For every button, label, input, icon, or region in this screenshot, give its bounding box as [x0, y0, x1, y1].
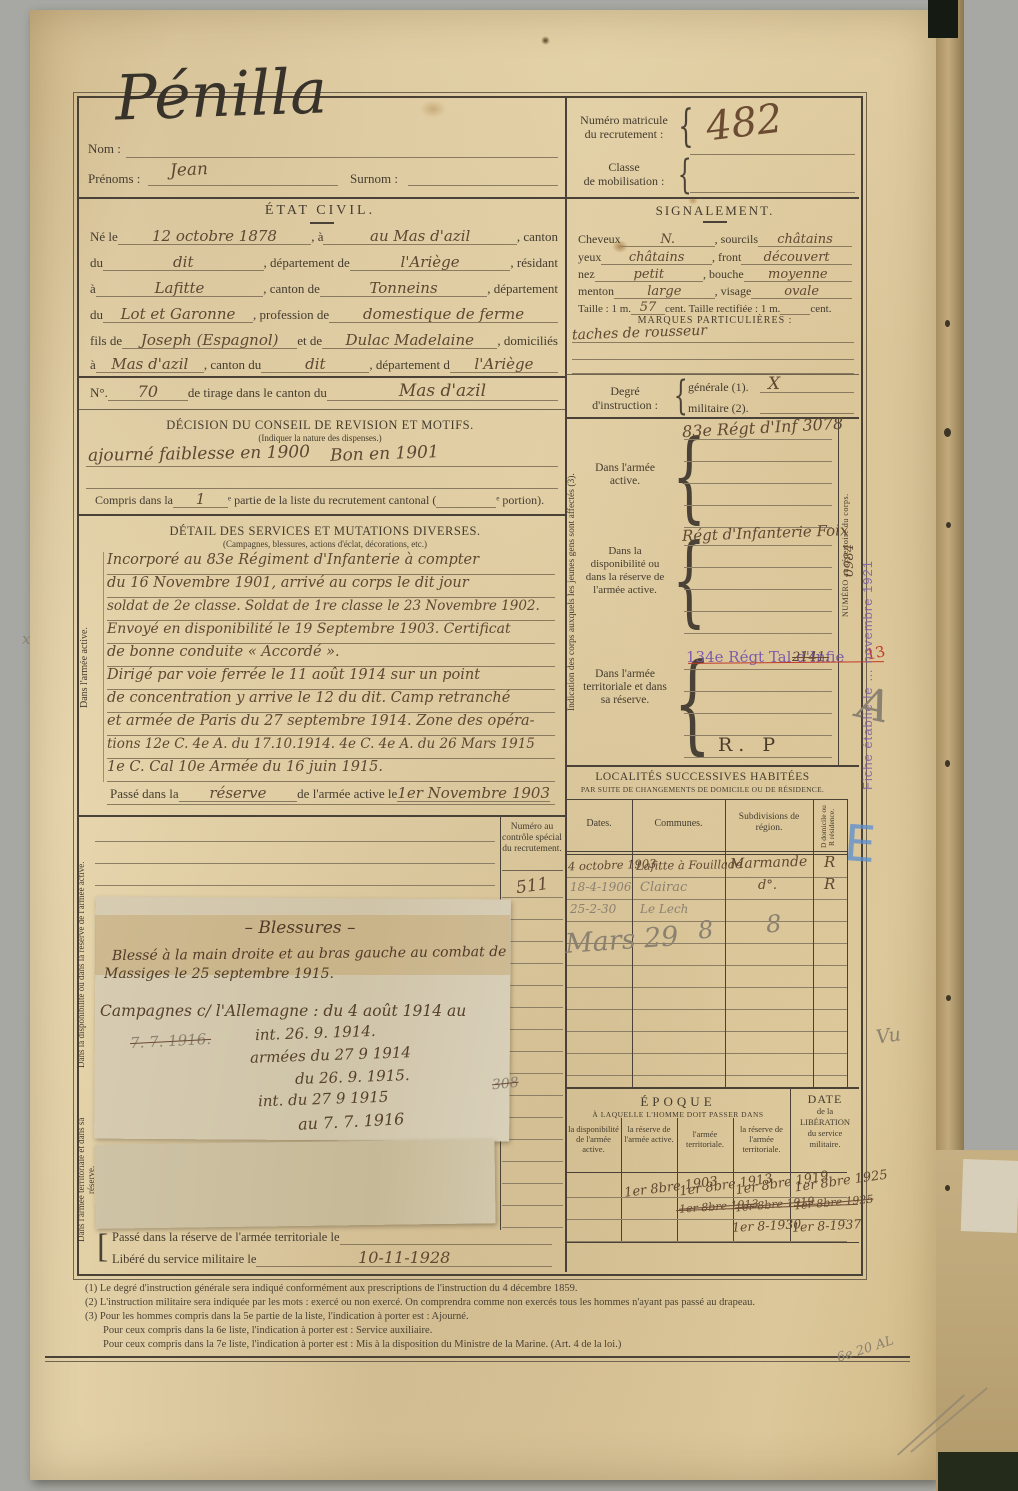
corps-dispo-number: 0984 — [842, 525, 856, 595]
decision-line-1 — [86, 450, 558, 467]
controle-header: Numéro au contrôle spécial du recrutemen… — [502, 822, 562, 855]
vu-mark: Vu — [875, 1023, 903, 1048]
services-line: tions 12e C. 4e A. du 17.10.1914. 4e C. … — [107, 736, 555, 759]
etat-line-5: fils de Joseph (Espagnol) et de Dulac Ma… — [90, 333, 558, 349]
section-rule — [79, 376, 565, 378]
header-rule — [79, 197, 859, 199]
footnote-4: Pour ceux compris dans la 6e liste, l'in… — [103, 1324, 875, 1337]
etat-line-1: Né le 12 octobre 1878 , à au Mas d'azil … — [90, 229, 558, 245]
section-rule — [79, 409, 565, 410]
passe-reserve-line: Passé dans la réserve de l'armée active … — [110, 786, 550, 802]
register-photo: Pénilla Nom : Prénoms : Jean Surnom : Nu… — [0, 0, 1018, 1491]
etat-line-6: à Mas d'azil , canton du dit , départeme… — [90, 357, 558, 373]
services-line: et armée de Paris du 27 septembre 1914. … — [107, 713, 555, 736]
loc-header-dr: D domicile ou R résidence. — [820, 804, 840, 850]
localites-subtitle: PAR SUITE DE CHANGEMENTS DE DOMICILE OU … — [570, 785, 835, 794]
name-script: Pénilla — [114, 54, 328, 134]
services-line: de concentration y arrive le 12 du dit. … — [107, 690, 555, 713]
title-dash — [703, 221, 727, 223]
footnote-2: (2) L'instruction militaire sera indiqué… — [85, 1296, 857, 1309]
loc-header-communes: Communes. — [633, 818, 724, 829]
corps-terr-label: Dans l'armée territoriale et dans sa rés… — [582, 668, 668, 707]
section-rule — [566, 765, 859, 767]
decision-subtitle: (Indiquer la nature des dispenses.) — [100, 433, 540, 443]
loc-r1-commune: Lafitte à Fouillade — [636, 857, 742, 873]
blank-slip — [94, 1139, 495, 1229]
loc-r2-subdiv: d°. — [758, 878, 777, 893]
stitch-hole — [945, 1185, 950, 1191]
services-line: Dirigé par voie ferrée le 11 août 1914 s… — [107, 667, 555, 690]
decision-line-2 — [86, 472, 558, 489]
etat-line-2: du dit , département de l'Ariège , résid… — [90, 255, 558, 271]
struck-308: 308 — [491, 1075, 519, 1094]
epoque-date-header: DATE de la LIBÉRATION du service militai… — [792, 1094, 858, 1150]
loc-r2-date: 18-4-1906 — [570, 880, 632, 894]
signalement-title: SIGNALEMENT. — [600, 203, 830, 219]
services-line: de bonne conduite « Accordé ». — [107, 644, 555, 667]
stitch-hole — [946, 522, 951, 528]
footnote-5: Pour ceux compris dans la 7e liste, l'in… — [103, 1338, 875, 1351]
services-line: Incorporé au 83e Régiment d'Infanterie à… — [107, 552, 555, 575]
matricule-label: Numéro matricule du recrutement : — [578, 113, 670, 141]
decision-title: DÉCISION DU CONSEIL DE REVISION ET MOTIF… — [100, 418, 540, 433]
loc-r2-dr: R — [824, 875, 835, 893]
libere-line: Libéré du service militaire le 10-11-192… — [112, 1250, 552, 1267]
tirage-line: N°. 70 de tirage dans le canton du Mas d… — [90, 383, 558, 401]
degre-brace: { — [674, 376, 688, 416]
compris-line: Compris dans la 1 ᵉ partie de la liste d… — [95, 492, 555, 508]
classe-label: Classe de mobilisation : — [578, 160, 670, 188]
nom-label: Nom : — [88, 141, 121, 157]
matricule-line — [690, 138, 855, 155]
epoque-col2-header: la réserve de l'armée active. — [622, 1124, 676, 1144]
blessures-title: – Blessures – — [180, 918, 420, 938]
epoque-subtitle: À LAQUELLE L'HOMME DOIT PASSER DANS — [566, 1110, 790, 1119]
services-line: du 16 Novembre 1901, arrivé au corps le … — [107, 575, 555, 598]
sig-row-2: yeux châtains , front découvert — [578, 250, 852, 265]
surnom-label: Surnom : — [350, 171, 398, 187]
libere-value: 10-11-1928 — [256, 1250, 552, 1267]
degre-militaire-label: militaire (2). — [688, 401, 749, 416]
bottom-bracket: [ — [97, 1228, 108, 1266]
services-text: Incorporé au 83e Régiment d'Infanterie à… — [107, 552, 555, 805]
blessures-line-2: Massiges le 25 septembre 1915. — [104, 966, 334, 982]
stitch-hole — [945, 320, 950, 327]
services-title: DÉTAIL DES SERVICES ET MUTATIONS DIVERSE… — [110, 524, 540, 539]
footnote-3: (3) Pour les hommes compris dans la 5e p… — [85, 1310, 857, 1323]
degre-generale-label: générale (1). — [688, 380, 749, 395]
loc-pencil-8a: 8 — [697, 915, 715, 944]
loc-r2-commune: Clairac — [640, 880, 687, 895]
prenoms-label: Prénoms : — [88, 171, 140, 187]
margin-rule — [103, 552, 104, 782]
loc-r3-commune: Le Lech — [640, 902, 688, 916]
paper-tab — [961, 1159, 1018, 1233]
sig-row-3: nez petit , bouche moyenne — [578, 267, 852, 282]
etat-line-4: du Lot et Garonne , profession de domest… — [90, 307, 558, 323]
etat-line-3: à Lafitte , canton de Tonneins , départe… — [90, 281, 558, 297]
footnote-1: (1) Le degré d'instruction générale sera… — [85, 1282, 857, 1295]
epoque-title: ÉPOQUE — [566, 1094, 790, 1110]
section-rule — [79, 815, 565, 817]
passe-territoriale-line: Passé dans la réserve de l'armée territo… — [112, 1230, 552, 1245]
sig-rule — [566, 374, 859, 375]
services-line: soldat de 2e classe. Soldat de 1re class… — [107, 598, 555, 621]
fiche-stamp: Fiche établie le … novembre 1921 — [860, 505, 878, 845]
register-cover-corner-bottom — [938, 1452, 1018, 1491]
sig-taille-row: Taille : 1 m. 57 cent. Taille rectifiée … — [578, 301, 852, 315]
margin-label-armee-active: Dans l'armée active. — [79, 560, 95, 775]
controle-header-rule — [502, 870, 563, 871]
nom-line — [126, 141, 558, 158]
services-line: 1e C. Cal 10e Armée du 16 juin 1915. — [107, 759, 555, 782]
pencil-x-mark: x — [22, 630, 30, 648]
sig-row-4: menton large , visage ovale — [578, 284, 852, 299]
loc-header-dates: Dates. — [567, 818, 631, 829]
services-subtitle: (Campagnes, blessures, actions d'éclat, … — [110, 539, 540, 549]
etat-civil-title: ÉTAT CIVIL. — [180, 203, 460, 219]
loc-r1-subdiv: Marmande — [730, 854, 808, 873]
epoque-col3-header: l'armée territoriale. — [678, 1129, 732, 1149]
corps-dispo-label: Dans la disponibilité ou dans la réserve… — [582, 545, 668, 597]
stitch-hole — [946, 995, 951, 1001]
epoque-col4-header: la réserve de l'armée territoriale. — [734, 1124, 789, 1154]
corps-rp-mark: R. P — [718, 734, 781, 756]
prenoms-line — [148, 169, 338, 186]
classe-line — [690, 176, 855, 193]
loc-r3-date: 25-2-30 — [570, 902, 616, 916]
birthdate-value: 12 octobre 1878 — [118, 229, 311, 245]
bottom-double-rule — [45, 1356, 910, 1358]
controle-ruled-lines — [502, 876, 563, 1228]
sig-row-1: Cheveux N. , sourcils châtains — [578, 232, 852, 247]
blue-crayon-mark: E — [842, 814, 878, 874]
loc-pencil-8b: 8 — [765, 910, 782, 939]
tirage-number: 70 — [108, 384, 188, 401]
compris-value: 1 — [173, 492, 228, 508]
tirage-canton: Mas d'azil — [327, 383, 558, 401]
register-cover-corner-top — [928, 0, 958, 38]
section-rule — [79, 514, 565, 516]
repertoire-col-line — [838, 417, 839, 765]
epoque-col1-header: la disponibilité de l'armée active. — [567, 1124, 620, 1154]
services-line: Envoyé en disponibilité le 19 Septembre … — [107, 621, 555, 644]
corps-active-label: Dans l'armée active. — [588, 462, 662, 488]
stitch-hole — [945, 760, 950, 767]
degre-label: Degré d'instruction : — [585, 384, 665, 412]
surnom-line — [408, 169, 558, 186]
stitch-hole — [944, 428, 951, 437]
birthplace-value: au Mas d'azil — [323, 229, 516, 245]
loc-header-subdiv: Subdivisions de région. — [726, 812, 812, 834]
ruled-lines — [95, 820, 495, 900]
localites-title: LOCALITÉS SUCCESSIVES HABITÉES — [570, 771, 835, 783]
corps-vertical-label: Indication des corps auxquels les jeunes… — [567, 422, 581, 762]
stain — [541, 36, 550, 45]
section-rule — [566, 1087, 859, 1089]
loc-r1-dr: R — [824, 853, 835, 871]
title-dash — [310, 222, 334, 224]
campagnes-intro: Campagnes c/ l'Allemagne : du 4 août 191… — [100, 1002, 466, 1020]
